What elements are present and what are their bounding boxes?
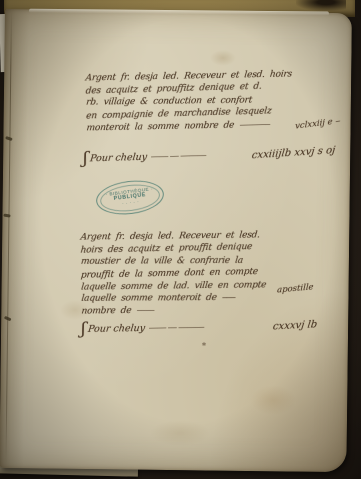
dash-leader: —— — ——— xyxy=(149,321,269,334)
manuscript-photo: Argent fr. desja led. Receveur et lesd. … xyxy=(0,0,361,479)
entry-bracket: ʃ xyxy=(81,324,86,334)
total-label: Pour cheluy xyxy=(87,323,145,335)
entry-bracket: ʃ xyxy=(83,153,88,163)
entry-2-text-block: Argent fr. desja led. Receveur et lesd. … xyxy=(80,228,329,318)
total-label: Pour cheluy xyxy=(89,152,147,165)
board-dark-blot xyxy=(296,0,346,11)
total-amount: cxxxvj lb xyxy=(272,319,318,332)
stamp-text-bottom: · · · · · xyxy=(122,199,140,206)
ink-speck: ⁎ xyxy=(202,339,206,348)
